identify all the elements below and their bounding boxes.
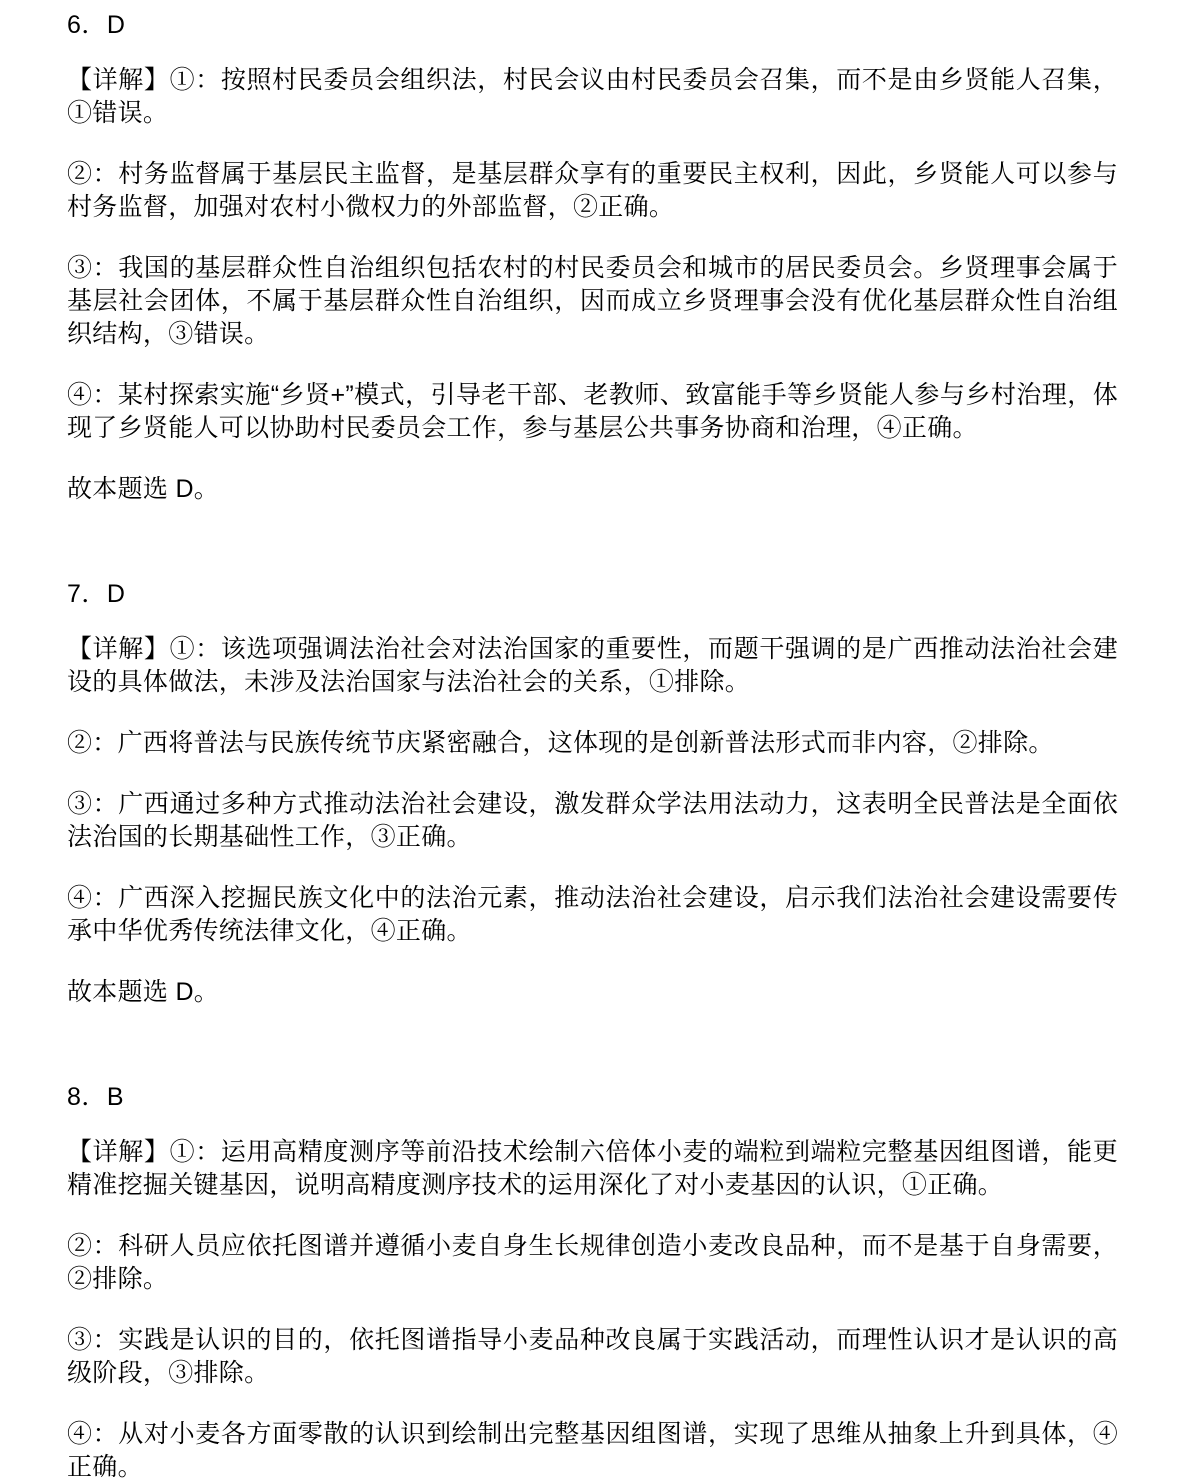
question-7-explanation-paragraph-3: ③：广西通过多种方式推动法治社会建设，激发群众学法用法动力，这表明全民普法是全面… [67,788,1118,854]
question-7-conclusion: 故本题选 D。 [67,976,1118,1009]
question-7-explanation-paragraph-2: ②：广西将普法与民族传统节庆紧密融合，这体现的是创新普法形式而非内容，②排除。 [67,727,1118,760]
question-6-explanation-paragraph-2: ②：村务监督属于基层民主监督，是基层群众享有的重要民主权利，因此，乡贤能人可以参… [67,158,1118,224]
question-6-explanation-paragraph-3: ③：我国的基层群众性自治组织包括农村的村民委员会和城市的居民委员会。乡贤理事会属… [67,252,1118,351]
question-8-block: 8．B 【详解】①：运用高精度测序等前沿技术绘制六倍体小麦的端粒到端粒完整基因组… [67,1081,1118,1481]
question-6-explanation-paragraph-1: 【详解】①：按照村民委员会组织法，村民会议由村民委员会召集，而不是由乡贤能人召集… [67,64,1118,130]
question-7-explanation-paragraph-4: ④：广西深入挖掘民族文化中的法治元素，推动法治社会建设，启示我们法治社会建设需要… [67,882,1118,948]
question-6-answer-heading: 6．D [67,9,1118,42]
question-8-explanation-paragraph-2: ②：科研人员应依托图谱并遵循小麦自身生长规律创造小麦改良品种，而不是基于自身需要… [67,1230,1118,1296]
question-8-explanation-paragraph-3: ③：实践是认识的目的，依托图谱指导小麦品种改良属于实践活动，而理性认识才是认识的… [67,1324,1118,1390]
question-8-answer-heading: 8．B [67,1081,1118,1114]
question-7-explanation-paragraph-1: 【详解】①：该选项强调法治社会对法治国家的重要性，而题干强调的是广西推动法治社会… [67,633,1118,699]
answer-explanation-page: 6．D 【详解】①：按照村民委员会组织法，村民会议由村民委员会召集，而不是由乡贤… [0,0,1190,1481]
question-7-block: 7．D 【详解】①：该选项强调法治社会对法治国家的重要性，而题干强调的是广西推动… [67,578,1118,1009]
question-8-explanation-paragraph-1: 【详解】①：运用高精度测序等前沿技术绘制六倍体小麦的端粒到端粒完整基因组图谱，能… [67,1136,1118,1202]
question-6-block: 6．D 【详解】①：按照村民委员会组织法，村民会议由村民委员会召集，而不是由乡贤… [67,9,1118,506]
question-7-answer-heading: 7．D [67,578,1118,611]
question-6-explanation-paragraph-4: ④：某村探索实施“乡贤+”模式，引导老干部、老教师、致富能手等乡贤能人参与乡村治… [67,379,1118,445]
question-6-conclusion: 故本题选 D。 [67,473,1118,506]
question-8-explanation-paragraph-4: ④：从对小麦各方面零散的认识到绘制出完整基因组图谱，实现了思维从抽象上升到具体，… [67,1418,1118,1481]
